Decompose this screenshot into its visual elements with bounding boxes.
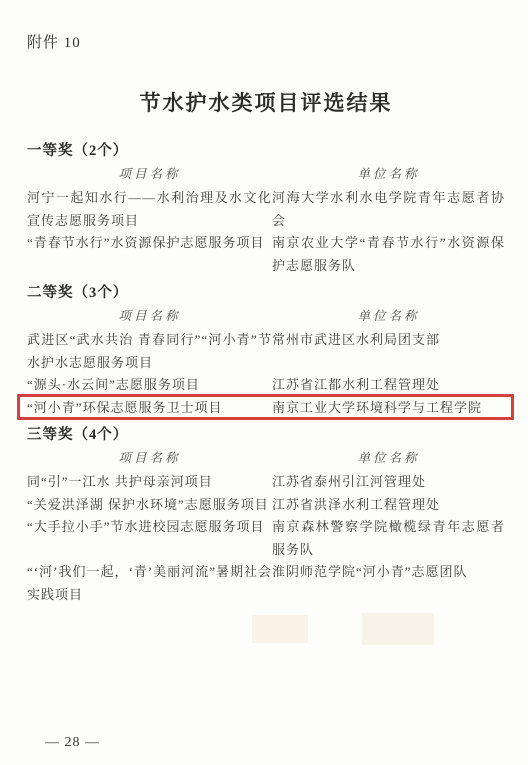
column-header-unit: 单位名称 [272,449,505,467]
table-row: “河小青”环保志愿服务卫士项目南京工业大学环境科学与工程学院 [27,397,505,420]
unit-name-cell: 淮阴师范学院“河小青”志愿团队 [272,561,505,606]
table-row: 河宁一起知水行——水利治理及水文化宣传志愿服务项目河海大学水利水电学院青年志愿者… [27,187,505,232]
project-name-cell: “关爱洪泽湖 保护水环境”志愿服务项目 [27,494,272,517]
award-sections: 一等奖（2个）项目名称单位名称河宁一起知水行——水利治理及水文化宣传志愿服务项目… [27,143,505,606]
table-row: “大手拉小手”节水进校园志愿服务项目南京森林警察学院橄榄绿青年志愿者服务队 [27,516,505,561]
table-row: “关爱洪泽湖 保护水环境”志愿服务项目江苏省洪泽水利工程管理处 [27,494,505,517]
award-tier-heading: 二等奖（3个） [27,285,505,301]
project-name-cell: 武进区“武水共治 青春同行”“河小青”节水护水志愿服务项目 [27,329,272,374]
award-tier-heading: 三等奖（4个） [27,427,505,443]
document-content: 附件 10 节水护水类项目评选结果 一等奖（2个）项目名称单位名称河宁一起知水行… [0,0,528,606]
scan-artifact [362,613,434,645]
page-title: 节水护水类项目评选结果 [27,87,505,117]
project-name-cell: “大手拉小手”节水进校园志愿服务项目 [27,516,272,561]
column-header-unit: 单位名称 [272,165,505,183]
table-row: 武进区“武水共治 青春同行”“河小青”节水护水志愿服务项目常州市武进区水利局团支… [27,329,505,374]
unit-name-cell: 常州市武进区水利局团支部 [272,329,505,374]
project-name-cell: “河小青”环保志愿服务卫士项目 [27,397,272,420]
award-tier-heading: 一等奖（2个） [27,143,505,159]
project-name-cell: 河宁一起知水行——水利治理及水文化宣传志愿服务项目 [27,187,272,232]
award-section: 一等奖（2个）项目名称单位名称河宁一起知水行——水利治理及水文化宣传志愿服务项目… [27,143,505,277]
column-header-project: 项目名称 [27,307,272,325]
table-row: “‘河’我们一起，‘青’美丽河流”暑期社会实践项目淮阴师范学院“河小青”志愿团队 [27,561,505,606]
project-name-cell: “源头·水云间”志愿服务项目 [27,374,272,397]
project-name-cell: “‘河’我们一起，‘青’美丽河流”暑期社会实践项目 [27,561,272,606]
unit-name-cell: 江苏省泰州引江河管理处 [272,471,505,494]
unit-name-cell: 江苏省洪泽水利工程管理处 [272,494,505,517]
column-header-unit: 单位名称 [272,307,505,325]
table-column-headers: 项目名称单位名称 [27,449,505,467]
project-name-cell: “青春节水行”水资源保护志愿服务项目 [27,232,272,277]
table-row: “源头·水云间”志愿服务项目江苏省江都水利工程管理处 [27,374,505,397]
document-page: 附件 10 节水护水类项目评选结果 一等奖（2个）项目名称单位名称河宁一起知水行… [0,0,528,765]
project-name-cell: 同“引”一江水 共护母亲河项目 [27,471,272,494]
award-section: 二等奖（3个）项目名称单位名称武进区“武水共治 青春同行”“河小青”节水护水志愿… [27,285,505,419]
column-header-project: 项目名称 [27,165,272,183]
page-number: — 28 — [45,735,100,751]
table-column-headers: 项目名称单位名称 [27,165,505,183]
unit-name-cell: 南京森林警察学院橄榄绿青年志愿者服务队 [272,516,505,561]
award-section: 三等奖（4个）项目名称单位名称同“引”一江水 共护母亲河项目江苏省泰州引江河管理… [27,427,505,606]
table-row: “青春节水行”水资源保护志愿服务项目南京农业大学“青春节水行”水资源保护志愿服务… [27,232,505,277]
attachment-label: 附件 10 [27,31,505,52]
column-header-project: 项目名称 [27,449,272,467]
scan-artifact [252,615,308,643]
unit-name-cell: 河海大学水利水电学院青年志愿者协会 [272,187,505,232]
unit-name-cell: 南京工业大学环境科学与工程学院 [272,397,505,420]
unit-name-cell: 南京农业大学“青春节水行”水资源保护志愿服务队 [272,232,505,277]
unit-name-cell: 江苏省江都水利工程管理处 [272,374,505,397]
table-row: 同“引”一江水 共护母亲河项目江苏省泰州引江河管理处 [27,471,505,494]
table-column-headers: 项目名称单位名称 [27,307,505,325]
